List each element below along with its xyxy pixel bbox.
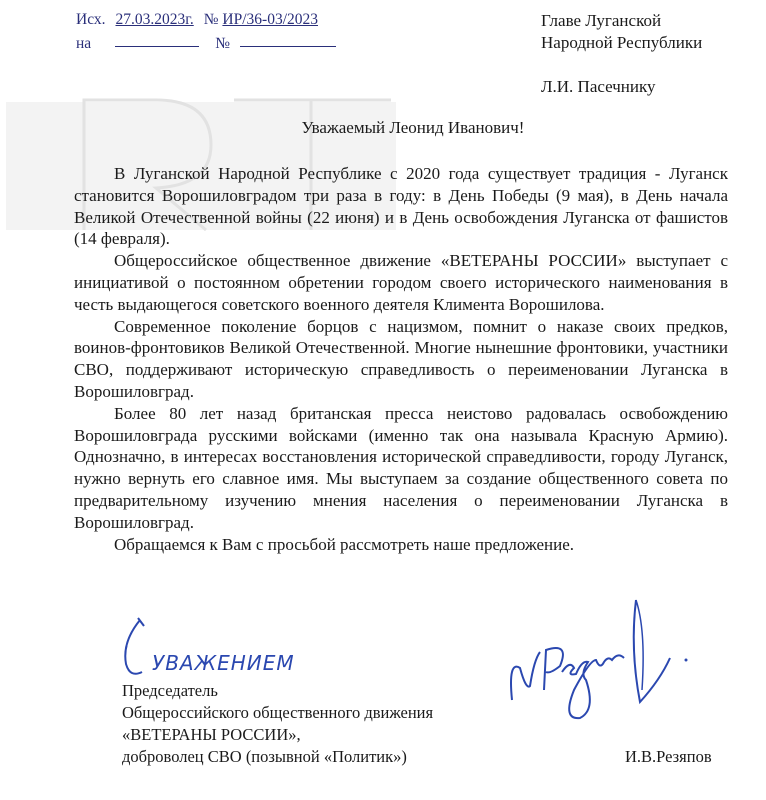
handwritten-closing: УВАЖЕНИЕМ	[120, 612, 320, 682]
outgoing-label: Исх.	[76, 8, 106, 32]
signer-title-line: «ВЕТЕРАНЫ РОССИИ»,	[122, 724, 433, 746]
reply-date-blank	[115, 32, 199, 47]
paragraph: Более 80 лет назад британская пресса неи…	[74, 403, 728, 534]
closing-text: УВАЖЕНИЕМ	[152, 651, 295, 675]
paragraph: В Луганской Народной Республике с 2020 г…	[74, 163, 728, 250]
reply-number-blank	[240, 32, 336, 47]
recipient-block: Главе Луганской Народной Республики Л.И.…	[541, 10, 702, 98]
salutation: Уважаемый Леонид Иванович!	[0, 118, 766, 138]
paragraph: Обращаемся к Вам с просьбой рассмотреть …	[74, 534, 728, 556]
signer-name: И.В.Резяпов	[625, 747, 712, 767]
handwritten-signature	[500, 590, 700, 740]
paragraph: Современное поколение борцов с нацизмом,…	[74, 316, 728, 403]
paragraph: Общероссийское общественное движение «ВЕ…	[74, 250, 728, 315]
reply-number-sign: №	[215, 32, 230, 56]
outgoing-reference: Исх. 27.03.2023г. № ИР/36-03/2023 на №	[76, 8, 336, 56]
signer-title-line: доброволец СВО (позывной «Политик»)	[122, 746, 433, 768]
reply-label: на	[76, 32, 91, 56]
signer-title-line: Председатель	[122, 680, 433, 702]
outgoing-number: ИР/36-03/2023	[222, 11, 318, 28]
letter-body: В Луганской Народной Республике с 2020 г…	[74, 163, 728, 555]
number-sign: №	[204, 11, 219, 28]
signer-title-block: Председатель Общероссийского общественно…	[122, 680, 433, 768]
signer-title-line: Общероссийского общественного движения	[122, 702, 433, 724]
recipient-line-2: Народной Республики	[541, 32, 702, 54]
recipient-line-1: Главе Луганской	[541, 10, 702, 32]
outgoing-date: 27.03.2023г.	[116, 8, 194, 32]
recipient-addressee: Л.И. Пасечнику	[541, 76, 702, 98]
